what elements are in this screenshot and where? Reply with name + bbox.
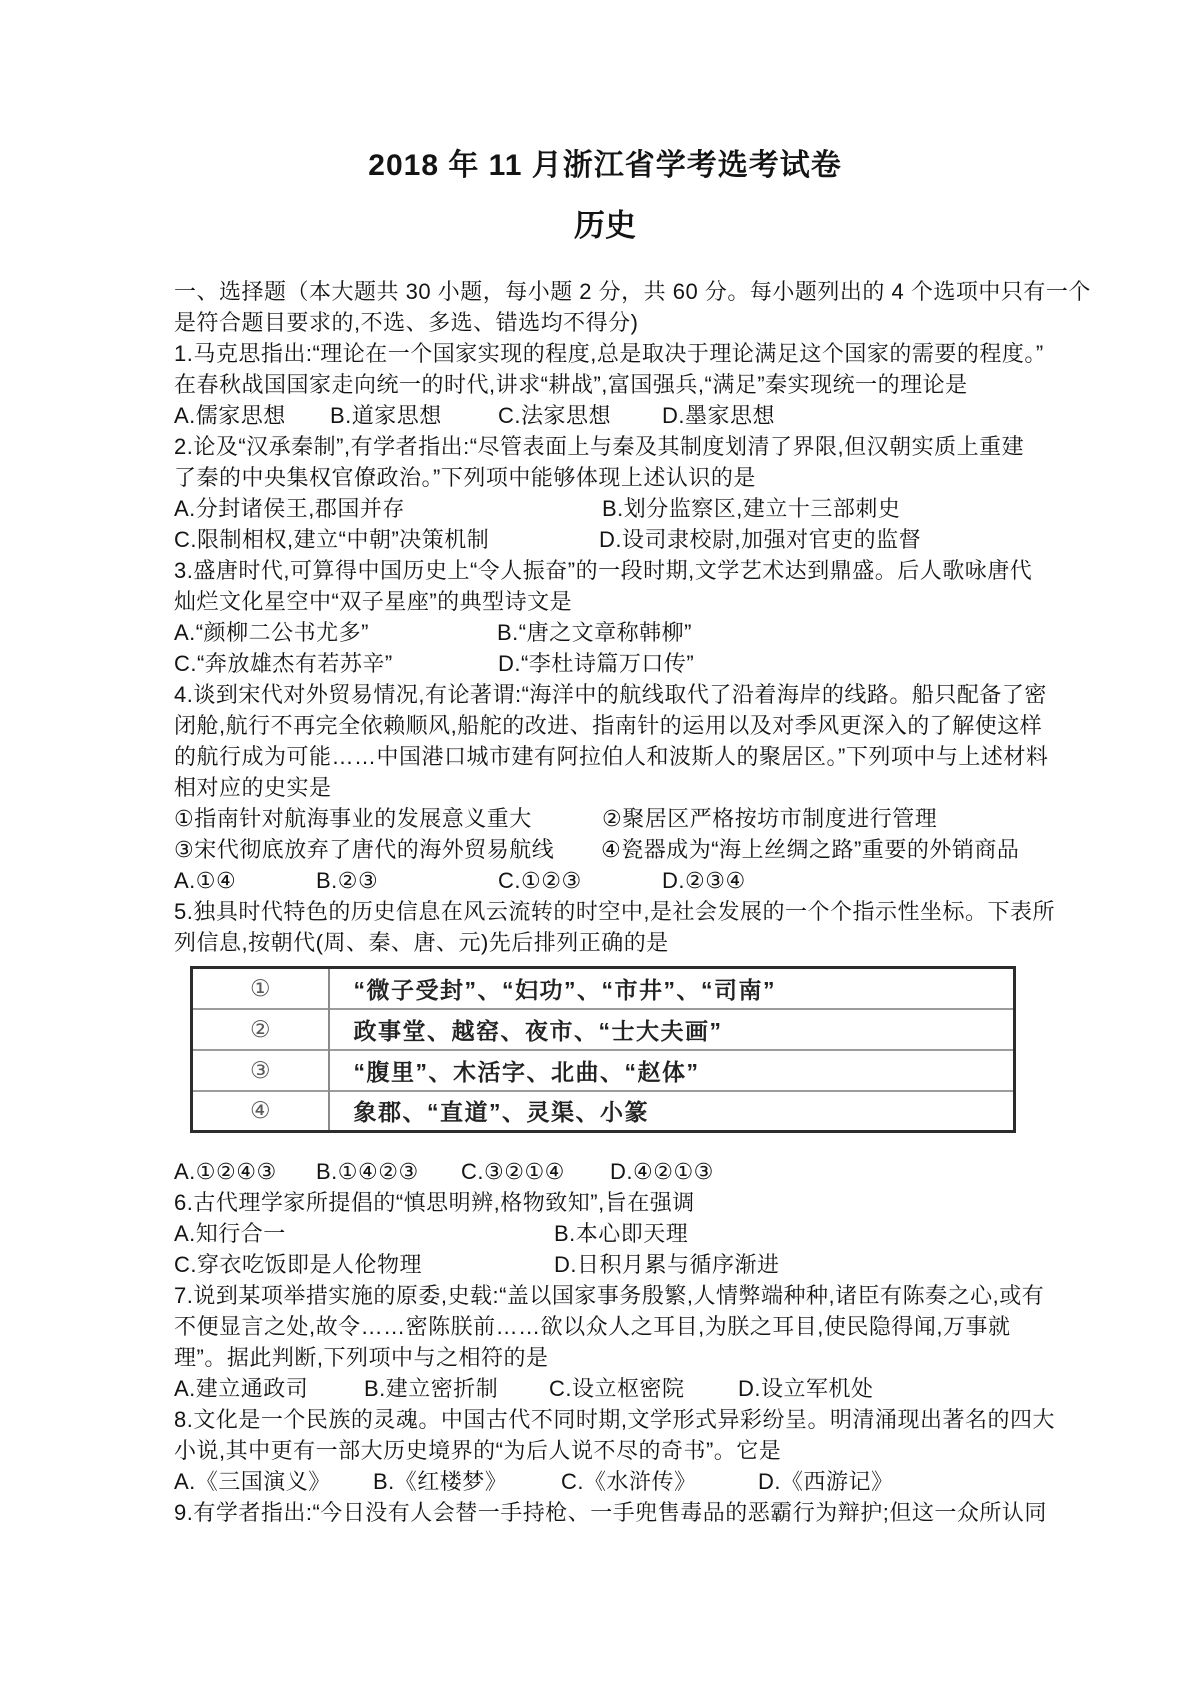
question-3-options-ab-segment: B.“唐之文章称韩柳” bbox=[497, 617, 692, 648]
question-3-text-line-1-segment: 3.盛唐时代,可算得中国历史上“令人振奋”的一段时期,文学艺术达到鼎盛。后人歌咏… bbox=[174, 555, 1032, 586]
question-6-options-cd: C.穿衣吃饭即是人伦物理D.日积月累与循序渐进 bbox=[174, 1249, 1074, 1280]
question-2-text-line-1-segment: 2.论及“汉承秦制”,有学者指出:“尽管表面上与秦及其制度划清了界限,但汉朝实质… bbox=[174, 431, 1024, 462]
question-1-options-segment: A.儒家思想 bbox=[174, 400, 330, 431]
exam-subject: 历史 bbox=[160, 200, 1050, 245]
question-1-options: A.儒家思想B.道家思想C.法家思想D.墨家思想 bbox=[174, 400, 1074, 431]
question-7-text-line-3-segment: 理”。据此判断,下列项中与之相符的是 bbox=[174, 1342, 548, 1373]
question-1-options-segment: B.道家思想 bbox=[330, 400, 498, 431]
question-7-options-segment: D.设立军机处 bbox=[738, 1373, 874, 1404]
question-3-text-line-1: 3.盛唐时代,可算得中国历史上“令人振奋”的一段时期,文学艺术达到鼎盛。后人歌咏… bbox=[174, 555, 1074, 586]
question-3-options-cd-segment: D.“李杜诗篇万口传” bbox=[498, 648, 694, 679]
question-4-text-line-2: 闭舱,航行不再完全依赖顺风,船舵的改进、指南针的运用以及对季风更深入的了解使这样 bbox=[174, 710, 1074, 741]
question-3-options-cd-segment: C.“奔放雄杰有若苏辛” bbox=[174, 648, 498, 679]
table-cell-number: ① bbox=[192, 968, 329, 1009]
table-cell-content: “腹里”、木活字、北曲、“赵体” bbox=[329, 1050, 1015, 1091]
question-7-options-segment: B.建立密折制 bbox=[364, 1373, 549, 1404]
exam-title: 2018 年 11 月浙江省学考选考试卷 bbox=[160, 140, 1050, 184]
table-row: ④象郡、“直道”、灵渠、小篆 bbox=[192, 1091, 1015, 1132]
question-3-options-ab: A.“颜柳二公书尤多”B.“唐之文章称韩柳” bbox=[174, 617, 1074, 648]
section-intro-line-1: 一、选择题（本大题共 30 小题，每小题 2 分，共 60 分。每小题列出的 4… bbox=[174, 276, 1074, 307]
question-4-items-12: ①指南针对航海事业的发展意义重大②聚居区严格按坊市制度进行管理 bbox=[174, 803, 1074, 834]
question-4-items-12-segment: ②聚居区严格按坊市制度进行管理 bbox=[602, 803, 937, 834]
question-5-text-line-1-segment: 5.独具时代特色的历史信息在风云流转的时空中,是社会发展的一个个指示性坐标。下表… bbox=[174, 896, 1055, 927]
question-2-text-line-2: 了秦的中央集权官僚政治。”下列项中能够体现上述认识的是 bbox=[174, 462, 1074, 493]
question-1-options-segment: D.墨家思想 bbox=[662, 400, 775, 431]
question-5-table: ①“微子受封”、“妇功”、“市井”、“司南”②政事堂、越窑、夜市、“士大夫画”③… bbox=[190, 966, 1016, 1133]
section-intro-line-2-segment: 是符合题目要求的,不选、多选、错选均不得分) bbox=[174, 307, 638, 338]
question-5-text-line-2-segment: 列信息,按朝代(周、秦、唐、元)先后排列正确的是 bbox=[174, 927, 669, 958]
question-4-items-34-segment: ③宋代彻底放弃了唐代的海外贸易航线 bbox=[174, 834, 601, 865]
question-7-options: A.建立通政司B.建立密折制C.设立枢密院D.设立军机处 bbox=[174, 1373, 1074, 1404]
question-4-items-34: ③宋代彻底放弃了唐代的海外贸易航线④瓷器成为“海上丝绸之路”重要的外销商品 bbox=[174, 834, 1074, 865]
table-row: ②政事堂、越窑、夜市、“士大夫画” bbox=[192, 1009, 1015, 1050]
question-4-items-12-segment: ①指南针对航海事业的发展意义重大 bbox=[174, 803, 602, 834]
question-3-options-cd: C.“奔放雄杰有若苏辛”D.“李杜诗篇万口传” bbox=[174, 648, 1074, 679]
exam-content: 一、选择题（本大题共 30 小题，每小题 2 分，共 60 分。每小题列出的 4… bbox=[174, 276, 1074, 1528]
question-3-options-ab-segment: A.“颜柳二公书尤多” bbox=[174, 617, 497, 648]
question-5-options-segment: D.④②①③ bbox=[610, 1156, 714, 1187]
question-8-text-line-1: 8.文化是一个民族的灵魂。中国古代不同时期,文学形式异彩纷呈。明清涌现出著名的四… bbox=[174, 1404, 1074, 1435]
question-8-text-line-2: 小说,其中更有一部大历史境界的“为后人说不尽的奇书”。它是 bbox=[174, 1435, 1074, 1466]
question-2-options-ab-segment: B.划分监察区,建立十三部刺史 bbox=[602, 493, 900, 524]
question-2-options-cd: C.限制相权,建立“中朝”决策机制D.设司隶校尉,加强对官吏的监督 bbox=[174, 524, 1074, 555]
question-1-text-line-2: 在春秋战国国家走向统一的时代,讲求“耕战”,富国强兵,“满足”秦实现统一的理论是 bbox=[174, 369, 1074, 400]
question-1-text-line-1: 1.马克思指出:“理论在一个国家实现的程度,总是取决于理论满足这个国家的需要的程… bbox=[174, 338, 1074, 369]
question-6-options-ab-segment: B.本心即天理 bbox=[554, 1218, 688, 1249]
question-2-options-ab: A.分封诸侯王,郡国并存B.划分监察区,建立十三部刺史 bbox=[174, 493, 1074, 524]
question-8-options-segment: D.《西游记》 bbox=[758, 1466, 894, 1497]
question-4-text-line-1: 4.谈到宋代对外贸易情况,有论著谓:“海洋中的航线取代了沿着海岸的线路。船只配备… bbox=[174, 679, 1074, 710]
table-cell-number: ④ bbox=[192, 1091, 329, 1132]
question-7-text-line-1: 7.说到某项举措实施的原委,史载:“盖以国家事务殷繁,人情弊端种种,诸臣有陈奏之… bbox=[174, 1280, 1074, 1311]
table-cell-number: ② bbox=[192, 1009, 329, 1050]
table-cell-content: 象郡、“直道”、灵渠、小篆 bbox=[329, 1091, 1015, 1132]
question-1-text-line-1-segment: 1.马克思指出:“理论在一个国家实现的程度,总是取决于理论满足这个国家的需要的程… bbox=[174, 338, 1044, 369]
question-2-options-ab-segment: A.分封诸侯王,郡国并存 bbox=[174, 493, 602, 524]
question-6-options-ab: A.知行合一B.本心即天理 bbox=[174, 1218, 1074, 1249]
table-cell-content: 政事堂、越窑、夜市、“士大夫画” bbox=[329, 1009, 1015, 1050]
question-7-text-line-1-segment: 7.说到某项举措实施的原委,史载:“盖以国家事务殷繁,人情弊端种种,诸臣有陈奏之… bbox=[174, 1280, 1044, 1311]
question-7-options-segment: C.设立枢密院 bbox=[549, 1373, 738, 1404]
table-row: ③“腹里”、木活字、北曲、“赵体” bbox=[192, 1050, 1015, 1091]
question-5-options: A.①②④③B.①④②③C.③②①④D.④②①③ bbox=[174, 1156, 1074, 1187]
question-4-text-line-3: 的航行成为可能……中国港口城市建有阿拉伯人和波斯人的聚居区。”下列项中与上述材料 bbox=[174, 741, 1074, 772]
question-4-text-line-3-segment: 的航行成为可能……中国港口城市建有阿拉伯人和波斯人的聚居区。”下列项中与上述材料 bbox=[174, 741, 1048, 772]
question-5-options-segment: A.①②④③ bbox=[174, 1156, 316, 1187]
question-2-text-line-2-segment: 了秦的中央集权官僚政治。”下列项中能够体现上述认识的是 bbox=[174, 462, 756, 493]
question-4-options-segment: A.①④ bbox=[174, 865, 316, 896]
exam-page: 2018 年 11 月浙江省学考选考试卷 历史 一、选择题（本大题共 30 小题… bbox=[0, 0, 1200, 1698]
question-4-items-34-segment: ④瓷器成为“海上丝绸之路”重要的外销商品 bbox=[601, 834, 1019, 865]
question-4-options-segment: C.①②③ bbox=[498, 865, 662, 896]
question-6-text-line-1-segment: 6.古代理学家所提倡的“慎思明辨,格物致知”,旨在强调 bbox=[174, 1187, 695, 1218]
question-7-text-line-2-segment: 不便显言之处,故令……密陈朕前……欲以众人之耳目,为朕之耳目,使民隐得闻,万事就 bbox=[174, 1311, 1010, 1342]
questions-block-before-table: 一、选择题（本大题共 30 小题，每小题 2 分，共 60 分。每小题列出的 4… bbox=[174, 276, 1074, 958]
question-7-text-line-3: 理”。据此判断,下列项中与之相符的是 bbox=[174, 1342, 1074, 1373]
question-5-text-line-1: 5.独具时代特色的历史信息在风云流转的时空中,是社会发展的一个个指示性坐标。下表… bbox=[174, 896, 1074, 927]
question-8-options: A.《三国演义》B.《红楼梦》C.《水浒传》D.《西游记》 bbox=[174, 1466, 1074, 1497]
question-4-text-line-2-segment: 闭舱,航行不再完全依赖顺风,船舵的改进、指南针的运用以及对季风更深入的了解使这样 bbox=[174, 710, 1042, 741]
question-5-options-segment: C.③②①④ bbox=[461, 1156, 610, 1187]
question-8-options-segment: C.《水浒传》 bbox=[561, 1466, 758, 1497]
question-2-options-cd-segment: C.限制相权,建立“中朝”决策机制 bbox=[174, 524, 599, 555]
question-4-text-line-4-segment: 相对应的史实是 bbox=[174, 772, 332, 803]
question-3-text-line-2: 灿烂文化星空中“双子星座”的典型诗文是 bbox=[174, 586, 1074, 617]
table-cell-number: ③ bbox=[192, 1050, 329, 1091]
question-5-options-segment: B.①④②③ bbox=[316, 1156, 461, 1187]
question-2-text-line-1: 2.论及“汉承秦制”,有学者指出:“尽管表面上与秦及其制度划清了界限,但汉朝实质… bbox=[174, 431, 1074, 462]
question-7-text-line-2: 不便显言之处,故令……密陈朕前……欲以众人之耳目,为朕之耳目,使民隐得闻,万事就 bbox=[174, 1311, 1074, 1342]
question-1-text-line-2-segment: 在春秋战国国家走向统一的时代,讲求“耕战”,富国强兵,“满足”秦实现统一的理论是 bbox=[174, 369, 968, 400]
question-8-options-segment: A.《三国演义》 bbox=[174, 1466, 373, 1497]
question-2-options-cd-segment: D.设司隶校尉,加强对官吏的监督 bbox=[599, 524, 921, 555]
section-intro-line-2: 是符合题目要求的,不选、多选、错选均不得分) bbox=[174, 307, 1074, 338]
question-3-text-line-2-segment: 灿烂文化星空中“双子星座”的典型诗文是 bbox=[174, 586, 572, 617]
question-6-options-cd-segment: D.日积月累与循序渐进 bbox=[554, 1249, 780, 1280]
question-9-text-line-1-segment: 9.有学者指出:“今日没有人会替一手持枪、一手兜售毒品的恶霸行为辩护;但这一众所… bbox=[174, 1497, 1047, 1528]
question-6-text-line-1: 6.古代理学家所提倡的“慎思明辨,格物致知”,旨在强调 bbox=[174, 1187, 1074, 1218]
section-intro-line-1-segment: 一、选择题（本大题共 30 小题，每小题 2 分，共 60 分。每小题列出的 4… bbox=[174, 276, 1091, 307]
question-6-options-cd-segment: C.穿衣吃饭即是人伦物理 bbox=[174, 1249, 554, 1280]
question-6-options-ab-segment: A.知行合一 bbox=[174, 1218, 554, 1249]
question-8-text-line-1-segment: 8.文化是一个民族的灵魂。中国古代不同时期,文学形式异彩纷呈。明清涌现出著名的四… bbox=[174, 1404, 1055, 1435]
question-1-options-segment: C.法家思想 bbox=[498, 400, 662, 431]
questions-block-after-table: A.①②④③B.①④②③C.③②①④D.④②①③6.古代理学家所提倡的“慎思明辨… bbox=[174, 1156, 1074, 1528]
table-cell-content: “微子受封”、“妇功”、“市井”、“司南” bbox=[329, 968, 1015, 1009]
question-8-options-segment: B.《红楼梦》 bbox=[373, 1466, 561, 1497]
question-4-options: A.①④B.②③C.①②③D.②③④ bbox=[174, 865, 1074, 896]
question-5-text-line-2: 列信息,按朝代(周、秦、唐、元)先后排列正确的是 bbox=[174, 927, 1074, 958]
question-4-options-segment: B.②③ bbox=[316, 865, 498, 896]
table-row: ①“微子受封”、“妇功”、“市井”、“司南” bbox=[192, 968, 1015, 1009]
question-4-options-segment: D.②③④ bbox=[662, 865, 746, 896]
question-9-text-line-1: 9.有学者指出:“今日没有人会替一手持枪、一手兜售毒品的恶霸行为辩护;但这一众所… bbox=[174, 1497, 1074, 1528]
question-8-text-line-2-segment: 小说,其中更有一部大历史境界的“为后人说不尽的奇书”。它是 bbox=[174, 1435, 781, 1466]
question-4-text-line-1-segment: 4.谈到宋代对外贸易情况,有论著谓:“海洋中的航线取代了沿着海岸的线路。船只配备… bbox=[174, 679, 1047, 710]
question-4-text-line-4: 相对应的史实是 bbox=[174, 772, 1074, 803]
question-7-options-segment: A.建立通政司 bbox=[174, 1373, 364, 1404]
